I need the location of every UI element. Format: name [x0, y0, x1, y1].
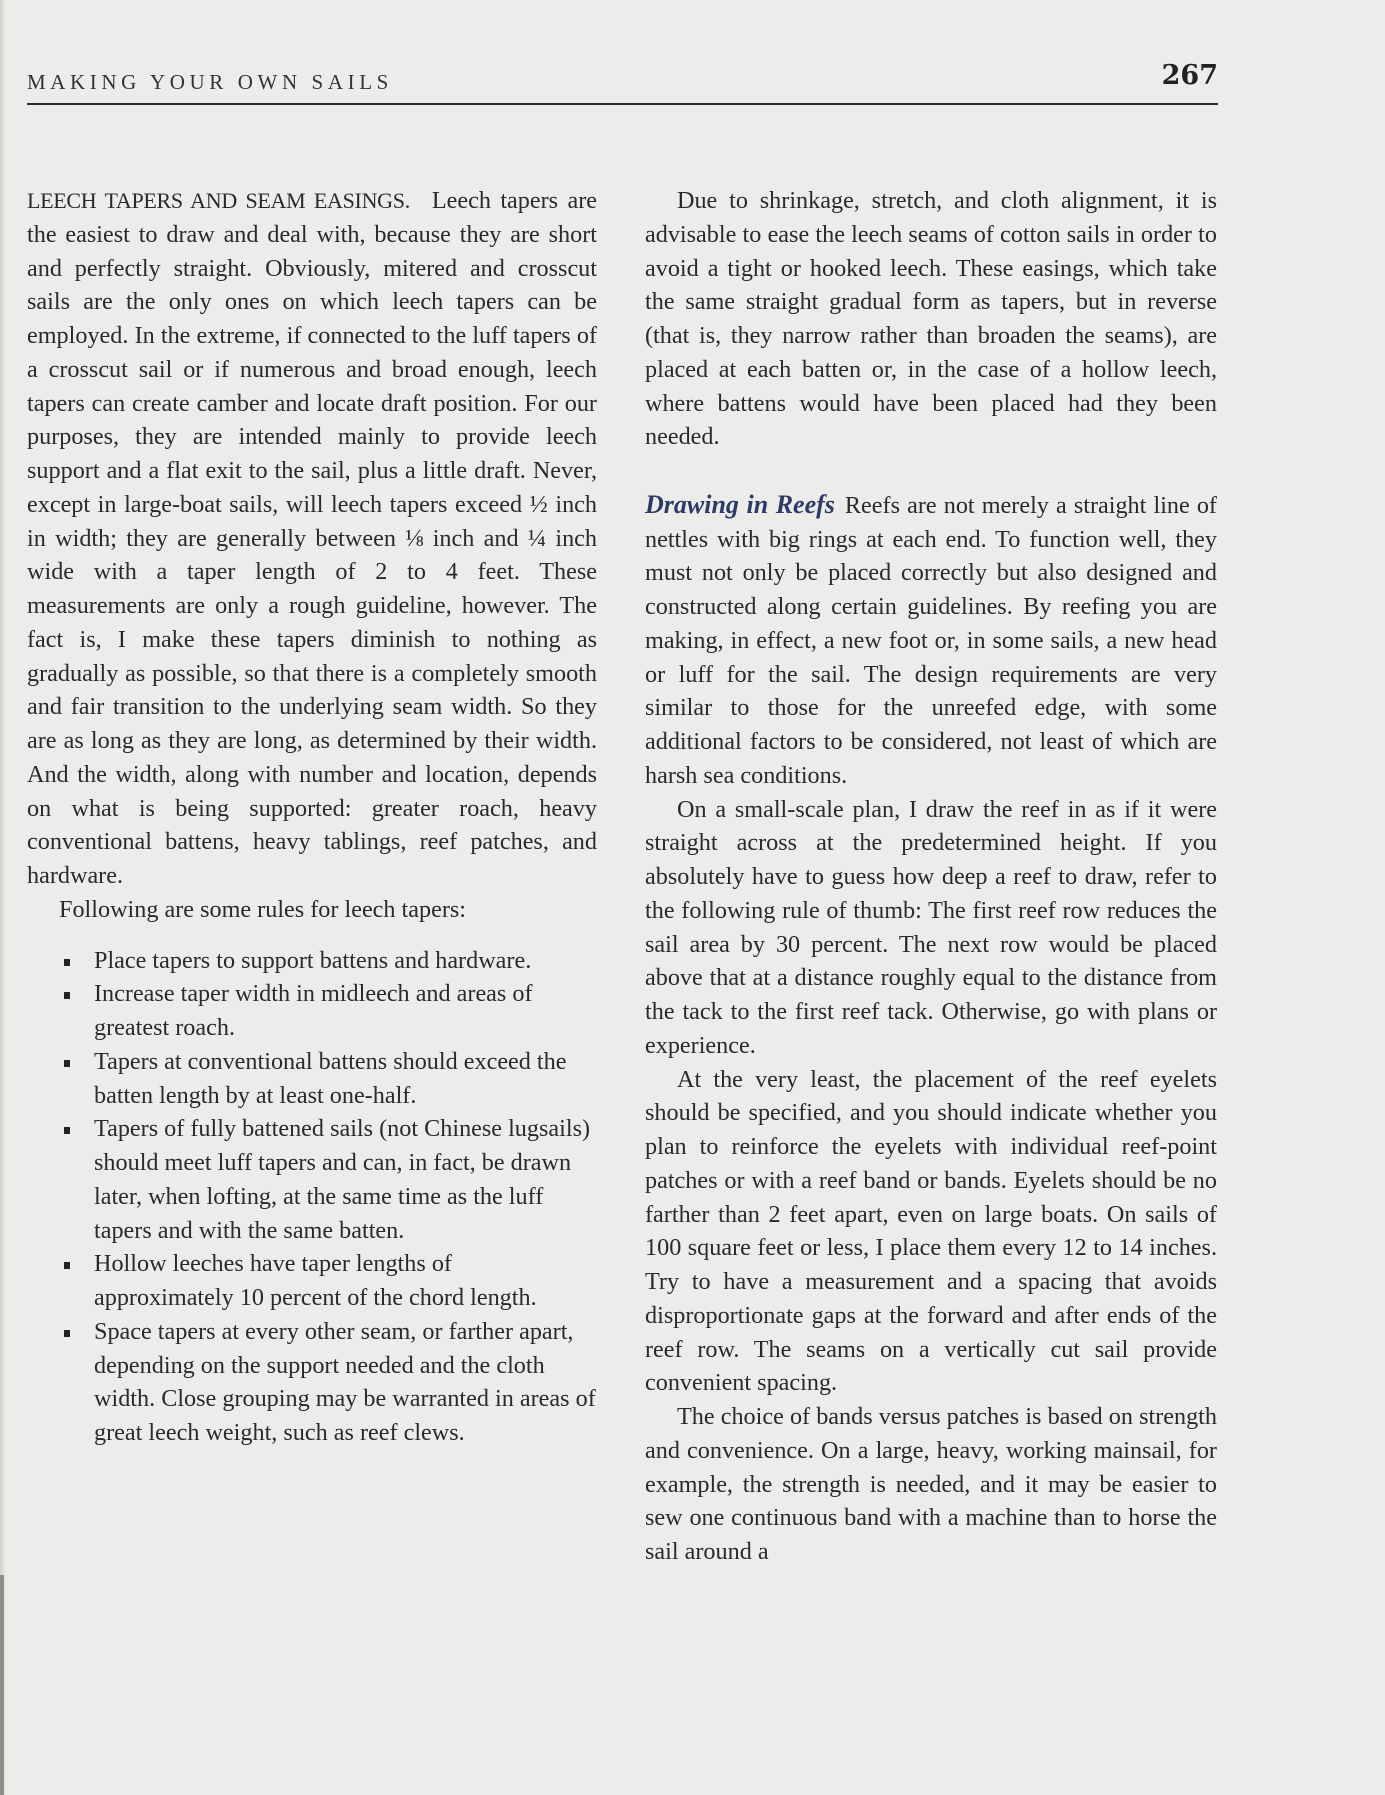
list-item: Increase taper width in midleech and are…	[27, 977, 597, 1045]
bullet-icon	[64, 1330, 70, 1337]
reef-eyelets-paragraph: At the very least, the placement of the …	[645, 1063, 1217, 1401]
drawing-in-reefs-paragraph: Drawing in ReefsReefs are not merely a s…	[645, 488, 1217, 793]
list-item: Hollow leeches have taper lengths of app…	[27, 1247, 597, 1315]
list-item: Space tapers at every other seam, or far…	[27, 1315, 597, 1450]
list-item: Tapers at conventional battens should ex…	[27, 1045, 597, 1113]
seam-easing-paragraph: Due to shrinkage, stretch, and cloth ali…	[645, 184, 1217, 454]
bullet-icon	[64, 959, 70, 966]
list-item: Place tapers to support battens and hard…	[27, 944, 597, 978]
right-column: Due to shrinkage, stretch, and cloth ali…	[645, 184, 1217, 1569]
paragraph-text: Reefs are not merely a straight line of …	[645, 492, 1217, 789]
binding-edge	[0, 1575, 4, 1795]
page-number: 267	[1162, 60, 1218, 91]
leech-taper-rules-list: Place tapers to support battens and hard…	[27, 944, 597, 1450]
bullet-icon	[64, 992, 70, 999]
page-gutter-shadow	[0, 0, 6, 1795]
rules-intro: Following are some rules for leech taper…	[27, 893, 597, 927]
page-header: MAKING YOUR OWN SAILS 267	[27, 60, 1218, 106]
bands-vs-patches-paragraph: The choice of bands versus patches is ba…	[645, 1400, 1217, 1569]
list-item: Tapers of fully battened sails (not Chin…	[27, 1112, 597, 1247]
header-rule	[27, 103, 1218, 105]
section-heading: LEECH TAPERS AND SEAM EASINGS.	[27, 188, 410, 213]
small-scale-plan-paragraph: On a small-scale plan, I draw the reef i…	[645, 793, 1217, 1063]
paragraph-text: Leech tapers are the easiest to draw and…	[27, 187, 597, 889]
bullet-icon	[64, 1262, 70, 1269]
bullet-icon	[64, 1127, 70, 1134]
running-head: MAKING YOUR OWN SAILS	[27, 70, 393, 95]
leech-tapers-paragraph: LEECH TAPERS AND SEAM EASINGS.Leech tape…	[27, 184, 597, 893]
subheading: Drawing in Reefs	[645, 490, 835, 519]
left-column: LEECH TAPERS AND SEAM EASINGS.Leech tape…	[27, 184, 597, 1450]
bullet-icon	[64, 1060, 70, 1067]
